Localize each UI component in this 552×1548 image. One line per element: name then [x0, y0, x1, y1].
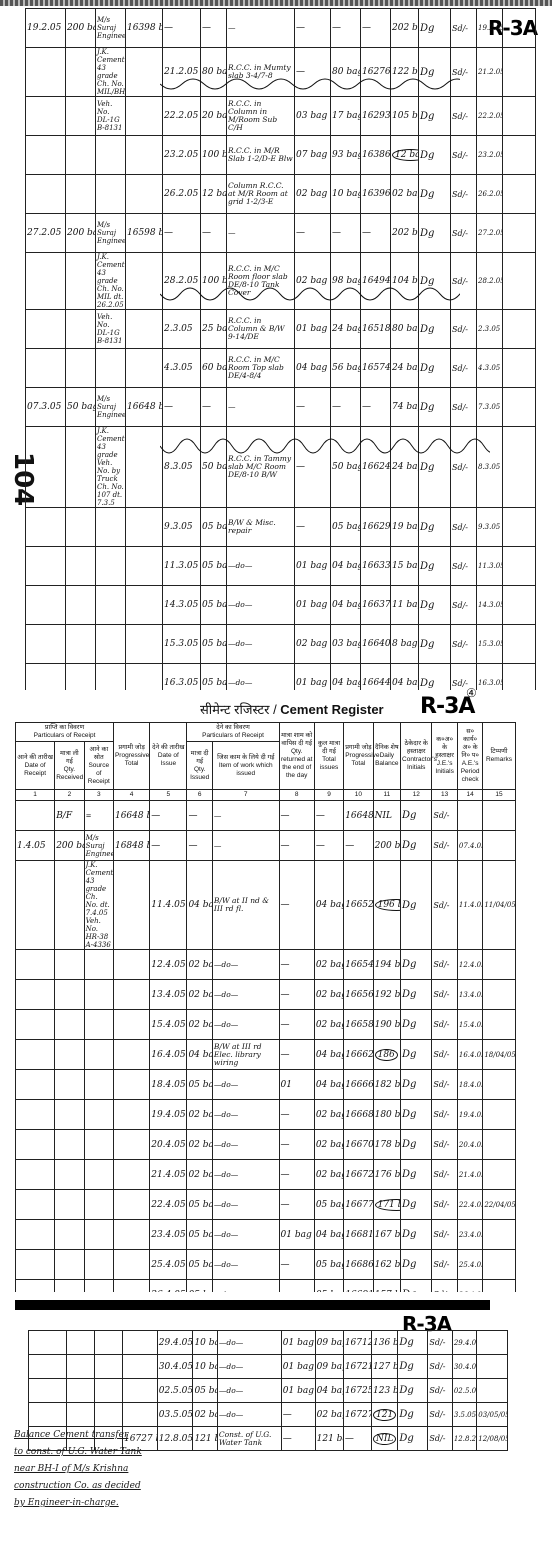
cell-qty-received [66, 1355, 94, 1379]
cell-je: Sd/- [432, 1070, 457, 1100]
cell-date-issue: 16.4.05 [150, 1040, 187, 1070]
cell-remarks [483, 1010, 515, 1040]
cell-remarks [483, 1100, 515, 1130]
cell-qty-issued: 10 bag [193, 1331, 217, 1355]
cell-total-issues: 02 bag [315, 1403, 343, 1427]
cell-remarks [503, 310, 536, 349]
cell-qty-received [66, 310, 96, 349]
cell-je: Sd/- [432, 1190, 457, 1220]
header-col-number: 10 [344, 790, 373, 801]
cell-source: M/s Suraj Engineering [96, 9, 126, 48]
cell-ae: 25.4.05 [457, 1250, 482, 1280]
cell-ae: 29.4.05 [452, 1331, 476, 1355]
cell-contractor: Dg [398, 1379, 428, 1403]
cell-source [96, 175, 126, 214]
cell-date-issue: 03.5.05 [157, 1403, 193, 1427]
cell-date-receipt [26, 427, 66, 508]
cell-contractor: Dg [419, 625, 451, 664]
cell-qty-issued: 04 bag [187, 861, 212, 950]
header-col-number: 14 [457, 790, 482, 801]
cell-returned: 01 bag [281, 1355, 315, 1379]
cell-returned: 01 bag [295, 310, 331, 349]
cell-total-issues: 04 bag [314, 1070, 343, 1100]
header-col-number: 7 [212, 790, 279, 801]
cell-item: —do— [227, 625, 295, 664]
title-hindi: सीमेन्ट रजिस्टर [200, 702, 269, 717]
cell-ae [457, 801, 482, 831]
cell-ae: 4.3.05 [477, 349, 503, 388]
cell-prog-total-receipt [122, 1379, 157, 1403]
cell-date-receipt [26, 253, 66, 310]
cell-returned: 01 bag [281, 1331, 315, 1355]
cell-qty-issued: — [187, 801, 212, 831]
cell-item: —do— [212, 1010, 279, 1040]
cell-item: R.C.C. in M/C Room Top slab DE/4-8/4 [227, 349, 295, 388]
cell-qty-issued: 05 bag [201, 586, 227, 625]
cell-ae: 15.3.05 [477, 625, 503, 664]
cell-date-receipt [16, 801, 55, 831]
cell-returned: 01 bag [295, 586, 331, 625]
cell-qty-received [55, 1130, 84, 1160]
cell-qty-received [55, 861, 84, 950]
cell-total-issues: 02 bag [314, 980, 343, 1010]
cell-je: Sd/- [432, 980, 457, 1010]
cell-item: —do— [217, 1355, 281, 1379]
cell-je: Sd/- [432, 861, 457, 950]
cell-returned: — [295, 214, 331, 253]
table-row: 30.4.0510 bag—do—01 bag09 bag16721127 ba… [29, 1355, 508, 1379]
cell-qty-received [66, 136, 96, 175]
cell-prog-total-receipt [126, 349, 163, 388]
cell-date-issue: 15.3.05 [163, 625, 201, 664]
cell-source [96, 586, 126, 625]
table-row: 9.3.0505 bagB/W & Misc. repair—05 bag166… [26, 508, 536, 547]
cell-date-issue: 19.4.05 [150, 1100, 187, 1130]
cell-date-issue: 26.2.05 [163, 175, 201, 214]
cell-date-issue: 29.4.05 [157, 1331, 193, 1355]
cell-prog-total-issue: 16670 [344, 1130, 373, 1160]
cell-qty-issued: 05 bag [187, 1250, 212, 1280]
cell-total-issues: 09 bag [315, 1331, 343, 1355]
scan-edge [15, 1300, 490, 1310]
cell-prog-total-issue: — [344, 831, 373, 861]
header-col-2: मात्रा ली गईQty. Received [55, 742, 84, 790]
cell-balance: NIL [372, 1427, 398, 1451]
cell-prog-total-issue: 16658 [344, 1010, 373, 1040]
cell-balance: 12 bag [391, 136, 419, 175]
cell-prog-total-receipt [126, 547, 163, 586]
cell-ae: 16.4.05 [457, 1040, 482, 1070]
table-row: Veh. No. DL-1G B-81312.3.0525 bagR.C.C. … [26, 310, 536, 349]
cell-je: Sd/- [432, 1160, 457, 1190]
header-col-number: 12 [401, 790, 432, 801]
cell-qty-issued: 05 bag [187, 1190, 212, 1220]
cell-source: M/s Suraj Engineering [84, 831, 113, 861]
table-row: 21.4.0502 bag—do——02 bag16672176 bagDgSd… [16, 1160, 516, 1190]
header-col-number: 6 [187, 790, 212, 801]
cell-prog-total-issue: — [361, 9, 391, 48]
cell-prog-total-issue: — [343, 1427, 371, 1451]
header-col-number: 1 [16, 790, 55, 801]
cell-qty-issued: 121 bag [193, 1427, 217, 1451]
cell-contractor: Dg [401, 831, 432, 861]
cell-ae: 20.4.05 [457, 1130, 482, 1160]
cell-je: Sd/- [451, 388, 477, 427]
cell-prog-total-issue: 16721 [343, 1355, 371, 1379]
cell-qty-issued: 100 bag [201, 136, 227, 175]
transfer-note-line: Balance Cement transfer [14, 1427, 142, 1444]
cell-returned: — [279, 1040, 314, 1070]
cell-qty-received [66, 547, 96, 586]
cell-contractor: Dg [419, 388, 451, 427]
cell-contractor: Dg [419, 349, 451, 388]
cell-ae: 21.2.05 [477, 48, 503, 97]
header-col-10: प्रगामी जोड़Progressive Total [344, 723, 373, 790]
cell-prog-total-receipt [113, 950, 149, 980]
cell-source [84, 980, 113, 1010]
cell-item: — [212, 831, 279, 861]
cell-prog-total-issue: 16633 bag [361, 547, 391, 586]
cell-source [96, 508, 126, 547]
table-row: 20.4.0502 bag—do——02 bag16670178 bagDgSd… [16, 1130, 516, 1160]
cell-date-issue: 30.4.05 [157, 1355, 193, 1379]
header-col-12: ठेकेदार के हस्ताक्षरContractor's Initial… [401, 723, 432, 790]
cell-date-receipt: 1.4.05 [16, 831, 55, 861]
cell-date-issue: 11.3.05 [163, 547, 201, 586]
cell-date-receipt [16, 1220, 55, 1250]
cell-je: Sd/- [428, 1355, 452, 1379]
cell-prog-total-issue: 16654 [344, 950, 373, 980]
cell-item: —do— [212, 1220, 279, 1250]
cell-item: R.C.C. in Column in M/Room Sub C/H [227, 97, 295, 136]
cell-je: Sd/- [451, 508, 477, 547]
cell-source: J.K. Cement 43 grade Ch. No. dt. 7.4.05 … [84, 861, 113, 950]
cell-remarks [477, 1379, 508, 1403]
cell-je: Sd/- [451, 586, 477, 625]
cell-returned: 07 bag [295, 136, 331, 175]
cell-returned: 01 bag [279, 1220, 314, 1250]
cell-source [84, 1250, 113, 1280]
cell-prog-total-issue: 16293 bag [361, 97, 391, 136]
cell-date-issue: — [150, 801, 187, 831]
cell-returned: — [295, 388, 331, 427]
header-col-8: मात्रा शाम को वापिस दी गईQty. returned a… [279, 723, 314, 790]
cell-remarks [483, 980, 515, 1010]
cell-remarks [503, 547, 536, 586]
cell-source [84, 1130, 113, 1160]
cell-je: Sd/- [428, 1379, 452, 1403]
cell-balance: 180 bag [373, 1100, 400, 1130]
cell-prog-total-issue: 16637 bag [361, 586, 391, 625]
cell-total-issues: — [314, 801, 343, 831]
cell-remarks [503, 253, 536, 310]
cell-ae: 23.4.05 [457, 1220, 482, 1250]
cell-prog-total-receipt [113, 1160, 149, 1190]
cell-contractor: Dg [398, 1355, 428, 1379]
cell-qty-received [55, 950, 84, 980]
cell-returned: 03 bag [295, 97, 331, 136]
cell-qty-received [66, 1403, 94, 1427]
cell-returned: 01 bag [281, 1379, 315, 1403]
scan-edge [0, 0, 552, 6]
cell-date-receipt [16, 1190, 55, 1220]
cell-source: Veh. No. DL-1G B-8131 [96, 97, 126, 136]
cell-date-receipt [26, 310, 66, 349]
cell-date-receipt [16, 1250, 55, 1280]
cell-je: Sd/- [432, 1010, 457, 1040]
cell-remarks [483, 1160, 515, 1190]
cell-ae: 15.4.05 [457, 1010, 482, 1040]
header-col-7: जिस काम के लिये दी गईItem of work which … [212, 742, 279, 790]
cell-date-receipt: 07.3.05 [26, 388, 66, 427]
cell-qty-received [66, 1379, 94, 1403]
cell-total-issues: 05 bag [331, 508, 361, 547]
cell-date-receipt [29, 1355, 67, 1379]
header-col-15: टिप्पणीRemarks [483, 723, 515, 790]
cell-qty-received [55, 1040, 84, 1070]
table-row: 22.4.0505 bag—do——05 bag16677171 bagDgSd… [16, 1190, 516, 1220]
cell-ae: 23.2.05 [477, 136, 503, 175]
cell-contractor: Dg [419, 136, 451, 175]
cell-total-issues: 02 bag [314, 950, 343, 980]
table-row: 02.5.0505 bag—do—01 bag04 bag16725123 ba… [29, 1379, 508, 1403]
cell-remarks: 11/04/05 [483, 861, 515, 950]
cell-prog-total-issue: 16677 [344, 1190, 373, 1220]
cell-prog-total-issue: 16668 bag [344, 1100, 373, 1130]
cell-item: — [212, 801, 279, 831]
table-row: Veh. No. DL-1G B-813122.2.0520 bagR.C.C.… [26, 97, 536, 136]
cell-contractor: Dg [401, 1250, 432, 1280]
header-col-number: 8 [279, 790, 314, 801]
transfer-note: Balance Cement transferto const. of U.G.… [14, 1427, 142, 1512]
cell-contractor: Dg [398, 1427, 428, 1451]
cell-balance: 182 bag [373, 1070, 400, 1100]
table-row: 12.4.0502 bag—do——02 bag16654194 bagDgSd… [16, 950, 516, 980]
cell-returned: — [281, 1403, 315, 1427]
cell-ae: 21.4.05 [457, 1160, 482, 1190]
cell-balance: 8 bag [391, 625, 419, 664]
header-col-number: 3 [84, 790, 113, 801]
cell-returned: — [279, 1010, 314, 1040]
cell-source [84, 950, 113, 980]
cell-date-receipt [26, 175, 66, 214]
cell-date-receipt [26, 97, 66, 136]
cell-source [94, 1355, 122, 1379]
cell-remarks [483, 831, 515, 861]
table-row: 1.4.05200 bagM/s Suraj Engineering16848 … [16, 831, 516, 861]
cell-total-issues: 02 bag [314, 1100, 343, 1130]
cell-qty-issued: 02 bag [187, 1130, 212, 1160]
cell-contractor: Dg [401, 1040, 432, 1070]
cell-qty-received: B/F [55, 801, 84, 831]
cell-balance: 196 bag [373, 861, 400, 950]
cell-balance: 202 bag [391, 9, 419, 48]
cell-total-issues: 24 bag [331, 310, 361, 349]
cell-date-receipt [16, 861, 55, 950]
cell-balance: 19 bag [391, 508, 419, 547]
header-col-number: 9 [314, 790, 343, 801]
cell-item: —do— [212, 1070, 279, 1100]
cell-qty-issued: 12 bag [201, 175, 227, 214]
cell-date-issue: 15.4.05 [150, 1010, 187, 1040]
cell-ae: 9.3.05 [477, 508, 503, 547]
header-col-5: देने की तारीखDate of Issue [150, 723, 187, 790]
cell-qty-issued: 05 bag [187, 1070, 212, 1100]
cell-item: R.C.C. in M/R Slab 1-2/D-E Blw [227, 136, 295, 175]
cell-date-receipt [16, 1130, 55, 1160]
cell-ae: 28.2.05 [477, 253, 503, 310]
cell-ae: 30.4.05 [452, 1355, 476, 1379]
cell-prog-total-receipt [122, 1403, 157, 1427]
cell-prog-total-receipt [113, 1070, 149, 1100]
cell-qty-received: 50 bag [66, 388, 96, 427]
cell-date-receipt [29, 1379, 67, 1403]
table-row: 11.3.0505 bag—do—01 bag04 bag16633 bag15… [26, 547, 536, 586]
cell-remarks [503, 175, 536, 214]
cell-date-issue: 22.4.05 [150, 1190, 187, 1220]
register-page-2: सीमेन्ट रजिस्टर / Cement Register R-3A ④… [0, 690, 552, 1290]
cell-prog-total-receipt [113, 1220, 149, 1250]
cell-returned: — [279, 1130, 314, 1160]
cell-qty-issued: — [201, 9, 227, 48]
cell-item: —do— [217, 1331, 281, 1355]
cell-date-issue: 23.4.05 [150, 1220, 187, 1250]
cell-total-issues: 09 bag [315, 1355, 343, 1379]
cell-source: = [84, 801, 113, 831]
cell-item: — [227, 9, 295, 48]
cell-contractor: Dg [401, 861, 432, 950]
cell-date-issue: 18.4.05 [150, 1070, 187, 1100]
cell-qty-issued: — [201, 214, 227, 253]
cell-prog-total-receipt: 16398 bag [126, 9, 163, 48]
cell-ae: 12.8.2005 [452, 1427, 476, 1451]
cell-remarks [503, 586, 536, 625]
cell-prog-total-issue: 16712 [343, 1331, 371, 1355]
cell-balance: 186 [373, 1040, 400, 1070]
cell-remarks: 22/04/05 [483, 1190, 515, 1220]
cell-remarks: 03/05/05 [477, 1403, 508, 1427]
cell-balance: 74 bag [391, 388, 419, 427]
cell-balance: 200 bag [373, 831, 400, 861]
cell-item: R.C.C. in Column & B/W 9-14/DE [227, 310, 295, 349]
cell-remarks [503, 508, 536, 547]
cell-date-issue: 23.2.05 [163, 136, 201, 175]
cell-qty-issued: 05 bag [201, 508, 227, 547]
cell-qty-received [66, 427, 96, 508]
cell-returned: — [295, 9, 331, 48]
cell-item: B/W at III rd Elec. library wiring [212, 1040, 279, 1070]
cancel-wave-line [160, 430, 490, 462]
header-group-receipt: प्राप्ति का विवरणParticulars of Receipt [16, 723, 114, 742]
cell-qty-issued: 02 bag [187, 950, 212, 980]
header-col-1: आने की तारीखDate of Receipt [16, 742, 55, 790]
circled-balance: 171 bag [375, 1199, 401, 1211]
cell-returned: — [279, 1160, 314, 1190]
cell-item: —do— [212, 1190, 279, 1220]
cell-date-issue: 11.4.05 [150, 861, 187, 950]
cell-je: Sd/- [432, 831, 457, 861]
cell-qty-received [66, 253, 96, 310]
cell-balance: 24 bag [391, 349, 419, 388]
cell-date-receipt [16, 950, 55, 980]
cell-je: Sd/- [451, 349, 477, 388]
cell-date-receipt [16, 1010, 55, 1040]
cell-je: Sd/- [432, 1130, 457, 1160]
cell-balance: 136 bag [372, 1331, 398, 1355]
cell-total-issues: 04 bag [314, 1220, 343, 1250]
cell-prog-total-issue: 16666 bag [344, 1070, 373, 1100]
cell-balance: 80 bag [391, 310, 419, 349]
cell-returned: — [279, 980, 314, 1010]
cell-returned: — [279, 831, 314, 861]
cell-item: B/W at II nd & III rd fl. [212, 861, 279, 950]
cell-item: —do— [217, 1379, 281, 1403]
cell-contractor: Dg [419, 97, 451, 136]
cell-balance: 162 bag [373, 1250, 400, 1280]
cell-qty-received: 200 bag [55, 831, 84, 861]
transfer-note-line: near BH-I of M/s Krishna [14, 1461, 142, 1478]
cell-contractor: Dg [401, 980, 432, 1010]
cell-qty-received [55, 1250, 84, 1280]
table-row: 19.2.05200 bagM/s Suraj Engineering16398… [26, 9, 536, 48]
cell-ae: 13.4.05 [457, 980, 482, 1010]
table-row: 25.4.0505 bag—do——05 bag16686162 bagDgSd… [16, 1250, 516, 1280]
cell-contractor: Dg [419, 310, 451, 349]
cell-date-receipt [26, 625, 66, 664]
cell-date-issue: 9.3.05 [163, 508, 201, 547]
header-col-3: आने का स्रोतSource of Receipt [84, 742, 113, 790]
cell-returned: — [279, 801, 314, 831]
cell-qty-issued: 05 bag [187, 1220, 212, 1250]
cell-contractor: Dg [419, 508, 451, 547]
table-row: 13.4.0502 bag—do——02 bag16656192 bagDgSd… [16, 980, 516, 1010]
cell-prog-total-receipt [113, 1010, 149, 1040]
cell-item: —do— [212, 1130, 279, 1160]
table-row: 4.3.0560 bagR.C.C. in M/C Room Top slab … [26, 349, 536, 388]
cell-qty-issued: 05 bag [201, 625, 227, 664]
cell-prog-total-receipt [126, 586, 163, 625]
table-row: 23.4.0505 bag—do—01 bag04 bag16681167 ba… [16, 1220, 516, 1250]
cell-prog-total-receipt: 16648 bag [126, 388, 163, 427]
cell-prog-total-receipt [113, 980, 149, 1010]
cell-prog-total-receipt [122, 1331, 157, 1355]
cell-prog-total-receipt [126, 508, 163, 547]
register-column-header: प्राप्ति का विवरणParticulars of Receiptप… [15, 722, 516, 801]
header-group-issue: देने का विवरणParticulars of Receipt [187, 723, 279, 742]
cell-returned: 02 bag [295, 625, 331, 664]
cell-je: Sd/- [428, 1403, 452, 1427]
cell-contractor: Dg [401, 801, 432, 831]
cell-total-issues: — [331, 9, 361, 48]
cell-date-receipt [26, 349, 66, 388]
cell-ae: 07.4.05 [457, 831, 482, 861]
cell-contractor: Dg [419, 547, 451, 586]
cell-prog-total-issue: 16518 [361, 310, 391, 349]
header-col-9: कुल मात्रा दी गईTotal issues [314, 723, 343, 790]
cell-balance: 167 bag [373, 1220, 400, 1250]
cell-returned: 01 bag [295, 547, 331, 586]
cell-source [84, 1100, 113, 1130]
cell-total-issues: 05 bag [314, 1250, 343, 1280]
cell-prog-total-issue: 16629 bag [361, 508, 391, 547]
cell-prog-total-receipt [126, 253, 163, 310]
cell-qty-received [55, 1010, 84, 1040]
table-row: 07.3.0550 bagM/s Suraj Engineering16648 … [26, 388, 536, 427]
cell-total-issues: 121 bag [315, 1427, 343, 1451]
cell-prog-total-receipt: 16598 bag [126, 214, 163, 253]
cell-qty-issued: 10 bag [193, 1355, 217, 1379]
cell-source [84, 1220, 113, 1250]
